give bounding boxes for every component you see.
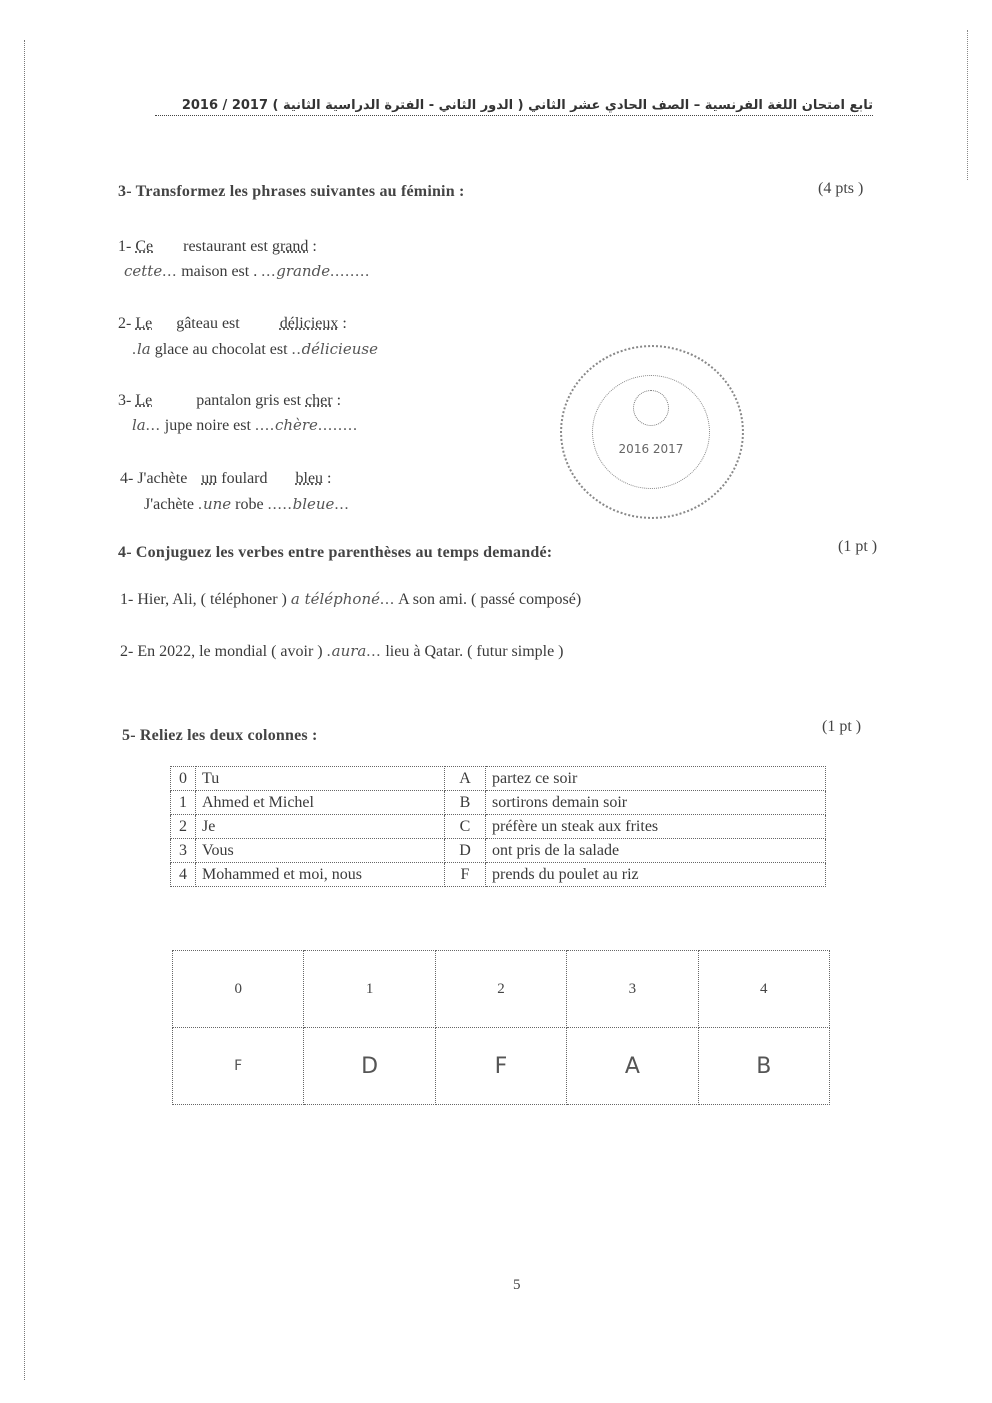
handwritten-answer: A: [567, 1028, 698, 1105]
table-row: 4 Mohammed et moi, nous F prends du poul…: [171, 863, 826, 887]
emblem-icon: [633, 390, 669, 426]
handwritten-answer: aura: [332, 642, 367, 660]
exercise4-title: 4- Conjuguez les verbes entre parenthèse…: [118, 544, 552, 562]
exercise3-title: 3- Transformez les phrases suivantes au …: [118, 183, 465, 201]
exercise3-points: (4 pts ): [818, 180, 863, 198]
answer-grid: 0 1 2 3 4 F D F A B: [172, 950, 830, 1105]
stamp-inner-ring: 2016 2017: [592, 375, 710, 489]
stamp-date: 2016 2017: [593, 442, 709, 456]
handwritten-answer: bleue: [293, 495, 335, 513]
handwritten-answer: B: [698, 1028, 829, 1105]
scan-edge-right: [967, 30, 969, 180]
exercise4-points: (1 pt ): [838, 538, 877, 556]
handwritten-answer: cette: [124, 262, 162, 280]
exercise5-title: 5- Reliez les deux colonnes :: [122, 727, 318, 745]
ex3-item4-masc: 4- J'achète un foulard bleu :: [120, 470, 332, 488]
school-stamp: 2016 2017: [560, 345, 744, 519]
ex3-item2-masc: 2- Le gâteau est délicieux :: [118, 315, 347, 333]
ex3-item4-fem: J'achète .une robe .....bleue...: [144, 495, 349, 514]
answer-grid-header-row: 0 1 2 3 4: [173, 951, 830, 1028]
scan-edge-left: [24, 40, 26, 1380]
handwritten-answer: une: [203, 495, 231, 513]
answer-grid-answer-row: F D F A B: [173, 1028, 830, 1105]
handwritten-answer: la: [132, 416, 146, 434]
table-row: 3 Vous D ont pris de la salade: [171, 839, 826, 863]
table-row: 0 Tu A partez ce soir: [171, 767, 826, 791]
ex3-item3-masc: 3- Le pantalon gris est cher :: [118, 392, 341, 410]
handwritten-answer: délicieuse: [302, 340, 378, 358]
ex4-item2: 2- En 2022, le mondial ( avoir ) .aura..…: [120, 642, 564, 661]
ex3-item1-masc: 1- Ce restaurant est grand :: [118, 238, 317, 256]
table-row: 2 Je C préfère un steak aux frites: [171, 815, 826, 839]
ex3-item2-fem: .la glace au chocolat est ..délicieuse: [132, 340, 378, 359]
page-number: 5: [513, 1277, 521, 1294]
matching-table: 0 Tu A partez ce soir 1 Ahmed et Michel …: [170, 766, 826, 887]
handwritten-answer: F: [435, 1028, 566, 1105]
handwritten-answer: a téléphoné: [291, 590, 380, 608]
handwritten-answer: F: [173, 1028, 304, 1105]
table-row: 1 Ahmed et Michel B sortirons demain soi…: [171, 791, 826, 815]
handwritten-answer: chère: [275, 416, 318, 434]
exam-header: تابع امتحان اللغة الفرنسية – الصف الحادي…: [155, 98, 873, 116]
ex4-item1: 1- Hier, Ali, ( téléphoner ) a téléphoné…: [120, 590, 581, 609]
exercise5-points: (1 pt ): [822, 718, 861, 736]
ex3-item3-fem: la... jupe noire est ....chère........: [132, 416, 358, 435]
handwritten-answer: grande: [276, 262, 330, 280]
ex3-item1-fem: cette... maison est . ...grande........: [124, 262, 370, 281]
handwritten-answer: la: [137, 340, 151, 358]
handwritten-answer: D: [304, 1028, 435, 1105]
